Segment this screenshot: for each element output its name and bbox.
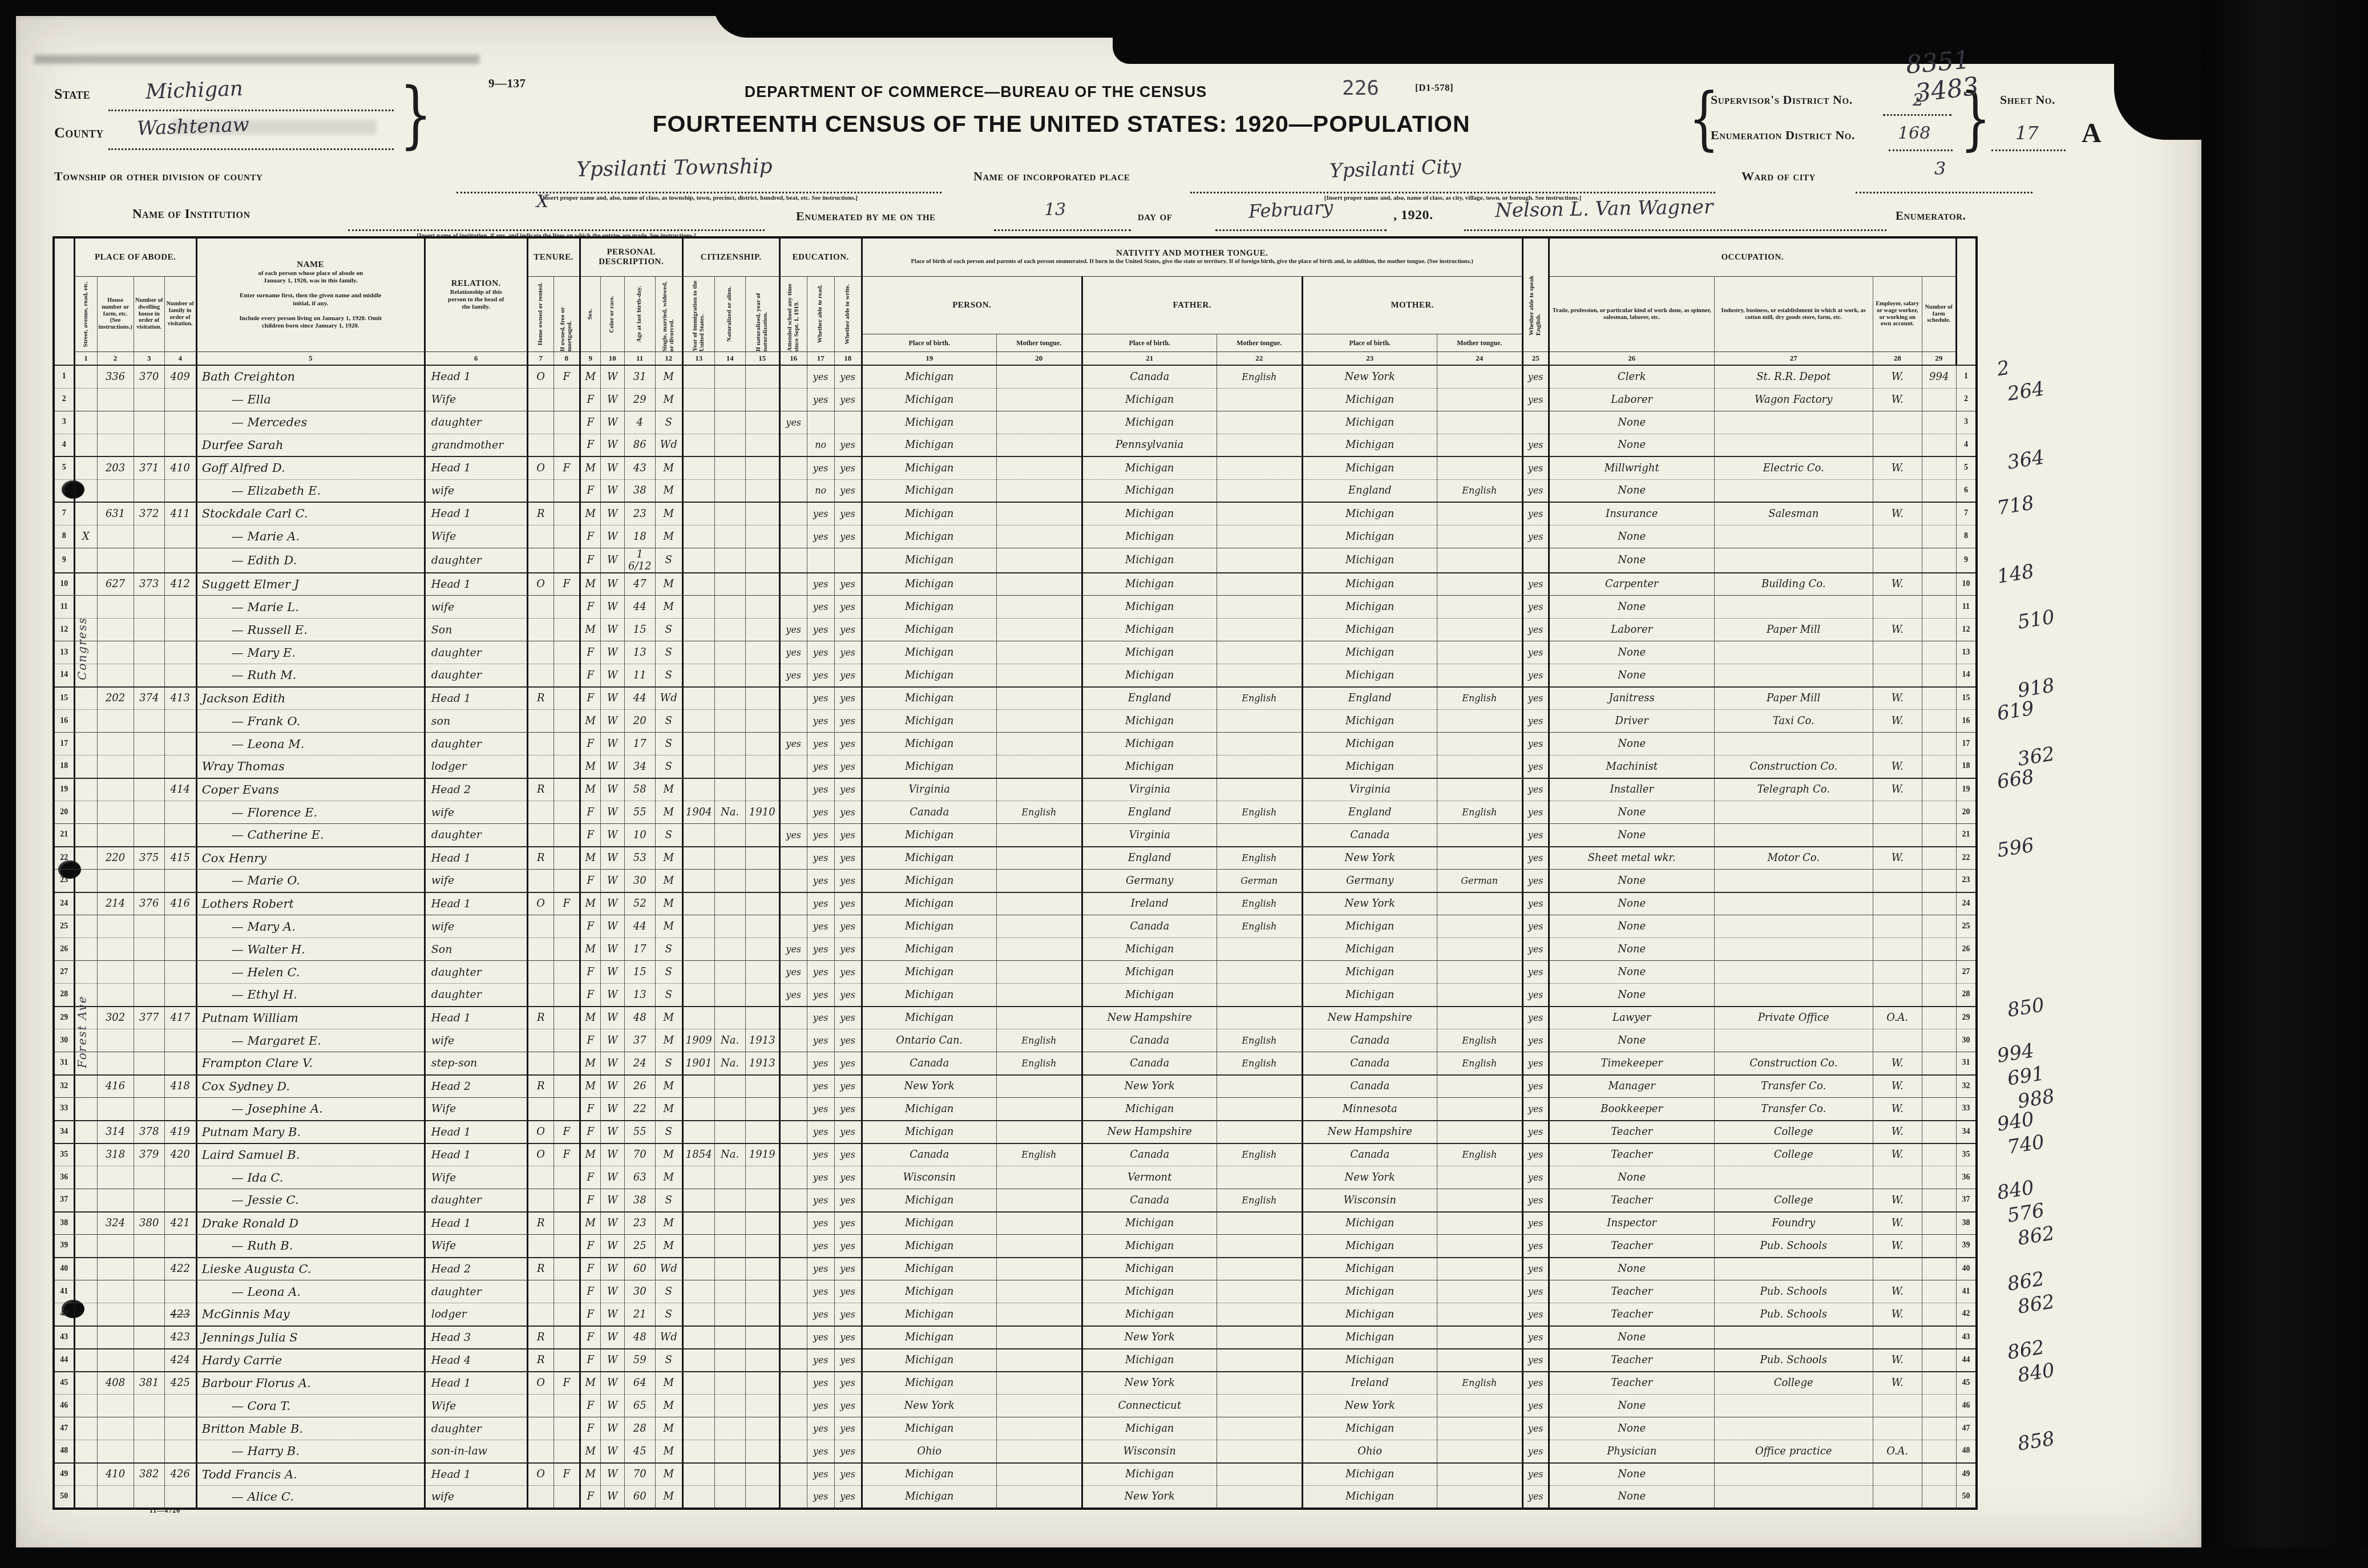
cell-house [97,1052,134,1075]
cell-farm [1922,1326,1956,1349]
cell-industry [1714,733,1873,755]
cell-race: W [600,1052,624,1075]
month-blank [1215,229,1387,231]
cell-tongue-mother [1437,755,1522,778]
cell-pob-person: Michigan [862,1372,996,1395]
cell-street [74,1189,97,1212]
cell-street [74,1212,97,1235]
col-number-13: 13 [682,352,714,366]
cell-sex: F [580,1486,600,1509]
cell-dwelling [134,548,164,573]
cell-immigration [682,1075,714,1098]
cell-age: 59 [624,1349,655,1372]
cell-employer: W. [1873,502,1922,525]
cell-home: R [527,1349,553,1372]
cell-write: yes [834,502,862,525]
cell-industry [1714,915,1873,938]
cell-farm [1922,479,1956,502]
cell-pob-person: Michigan [862,1417,996,1440]
cell-naturalized [714,596,745,619]
cell-naturalized [714,1121,745,1143]
cell-sex: M [580,847,600,870]
cell-street [74,502,97,525]
cell-pob-mother: Michigan [1302,502,1437,525]
cell-naturalized [714,664,745,687]
cell-tongue-person [996,1075,1082,1098]
cell-tongue-person [996,1326,1082,1349]
cell-industry [1714,984,1873,1007]
line-col-right [1956,237,1977,365]
table-row: 40422Lieske Augusta C.Head 2RFW60Wdyesye… [54,1258,1977,1280]
cell-read: yes [807,778,834,801]
cell-english: yes [1522,1463,1549,1486]
cell-family [164,1235,196,1258]
line-number-right: 47 [1956,1417,1977,1440]
cell-marital: S [655,1349,682,1372]
cell-industry: Construction Co. [1714,755,1873,778]
cell-trade: None [1549,1258,1714,1280]
line-number-left: 11 [54,596,74,619]
cell-dwelling: 376 [134,892,164,915]
cell-marital: M [655,1486,682,1509]
cell-name: — Frank O. [196,710,425,733]
cell-english: yes [1522,434,1549,456]
cell-dwelling [134,525,164,548]
cell-nat_year [745,755,779,778]
cell-marital: M [655,456,682,479]
cell-nat_year [745,1189,779,1212]
cell-pob-father: England [1082,687,1217,710]
cell-nat_year: 1919 [745,1143,779,1166]
cell-family [164,664,196,687]
cell-name: — Ethyl H. [196,984,425,1007]
cell-mortgage [553,984,580,1007]
cell-pob-person: Michigan [862,502,996,525]
cell-race: W [600,1486,624,1509]
cell-sex: F [580,733,600,755]
col-number-21: 21 [1082,352,1217,366]
cell-street [74,1235,97,1258]
cell-marital: M [655,1372,682,1395]
cell-dwelling [134,434,164,456]
cell-pob-father: New York [1082,1486,1217,1509]
cell-age: 64 [624,1372,655,1395]
cell-read: yes [807,801,834,824]
cell-farm [1922,1007,1956,1029]
cell-street [74,411,97,434]
table-row: 4Durfee SarahgrandmotherFW86WdnoyesMichi… [54,434,1977,456]
cell-pob-father: New York [1082,1326,1217,1349]
cell-pob-father: England [1082,847,1217,870]
cell-nat_year [745,687,779,710]
cell-tongue-mother [1437,778,1522,801]
cell-street [74,365,97,388]
cell-tongue-father [1217,1166,1302,1189]
cell-read: yes [807,938,834,961]
cell-sex: F [580,479,600,502]
cell-school [779,548,807,573]
col-number-3: 3 [134,352,164,366]
cell-dwelling: 375 [134,847,164,870]
cell-write: yes [834,619,862,641]
cell-industry [1714,1258,1873,1280]
cell-sex: M [580,1007,600,1029]
cell-immigration [682,1463,714,1486]
cell-tongue-person: English [996,1052,1082,1075]
cell-industry [1714,1326,1873,1349]
cell-house [97,1189,134,1212]
cell-tongue-person [996,1166,1082,1189]
cell-school [779,915,807,938]
cell-tongue-person: English [996,801,1082,824]
cell-pob-father: Ireland [1082,892,1217,915]
cell-school [779,1189,807,1212]
cell-tongue-father [1217,1212,1302,1235]
cell-tongue-person [996,411,1082,434]
cell-dwelling [134,1349,164,1372]
cell-age: 60 [624,1258,655,1280]
cell-pob-mother: New York [1302,847,1437,870]
line-number-right: 14 [1956,664,1977,687]
cell-industry [1714,824,1873,847]
cell-pob-mother: Michigan [1302,961,1437,984]
group-place-of-abode: PLACE OF ABODE. [74,237,196,277]
cell-mortgage [553,1235,580,1258]
cell-read: yes [807,1098,834,1121]
cell-race: W [600,687,624,710]
cell-pob-person: Virginia [862,778,996,801]
cell-tongue-father [1217,1303,1302,1326]
line-number-right: 35 [1956,1143,1977,1166]
cell-tongue-mother [1437,1235,1522,1258]
cell-tongue-mother [1437,664,1522,687]
cell-pob-person: Michigan [862,1189,996,1212]
cell-tongue-mother [1437,1326,1522,1349]
cell-family [164,710,196,733]
cell-relation: Wife [425,1235,527,1258]
cell-english: yes [1522,961,1549,984]
cell-industry [1714,1417,1873,1440]
table-row: 15202374413Jackson EdithHead 1RFW44Wdyes… [54,687,1977,710]
cell-industry [1714,938,1873,961]
cell-house [97,411,134,434]
cell-dwelling [134,1280,164,1303]
cell-dwelling: 372 [134,502,164,525]
cell-tongue-mother [1437,984,1522,1007]
cell-dwelling [134,870,164,892]
cell-pob-person: Michigan [862,1280,996,1303]
cell-naturalized: Na. [714,1052,745,1075]
cell-tongue-person [996,479,1082,502]
state-value: Michigan [145,77,243,104]
cell-pob-mother: Canada [1302,1143,1437,1166]
cell-race: W [600,984,624,1007]
cell-family [164,1098,196,1121]
cell-mortgage [553,755,580,778]
cell-pob-father: Wisconsin [1082,1440,1217,1463]
cell-race: W [600,596,624,619]
line-number-left: 46 [54,1395,74,1417]
cell-write: yes [834,1303,862,1326]
cell-pob-mother: Michigan [1302,456,1437,479]
cell-school [779,1258,807,1280]
cell-home [527,619,553,641]
cell-family [164,1440,196,1463]
line-number-left: 23 [54,870,74,892]
census-scan-page: { "header": { "form_no": "9—137", "dept"… [0,0,2368,1568]
cell-age: 20 [624,710,655,733]
line-number-left: 22 [54,847,74,870]
cell-sex: F [580,961,600,984]
cell-name: — Elizabeth E. [196,479,425,502]
line-number-left: 1 [54,365,74,388]
cell-english: yes [1522,1440,1549,1463]
cell-pob-father: Michigan [1082,1212,1217,1235]
cell-farm [1922,641,1956,664]
cell-industry [1714,548,1873,573]
cell-name: Barbour Florus A. [196,1372,425,1395]
cell-home: O [527,1463,553,1486]
cell-school [779,1007,807,1029]
cell-relation: wife [425,1029,527,1052]
scan-band-right [2201,0,2368,1568]
cell-pob-father: Canada [1082,1052,1217,1075]
cell-relation: Wife [425,1098,527,1121]
cell-street [74,733,97,755]
cell-mortgage [553,687,580,710]
cell-name: Hardy Carrie [196,1349,425,1372]
line-number-right: 5 [1956,456,1977,479]
cell-family: 422 [164,1258,196,1280]
cell-relation: daughter [425,824,527,847]
plate-number: [D1-578] [1415,82,1453,94]
cell-trade: Inspector [1549,1212,1714,1235]
col-number-29: 29 [1922,352,1956,366]
cell-age: 60 [624,1486,655,1509]
cell-house [97,938,134,961]
line-number-right: 22 [1956,847,1977,870]
cell-employer [1873,596,1922,619]
cell-house [97,824,134,847]
cell-school [779,479,807,502]
cell-sex: M [580,710,600,733]
cell-farm [1922,870,1956,892]
cell-industry [1714,641,1873,664]
cell-nat_year: 1913 [745,1052,779,1075]
line-number-right: 44 [1956,1349,1977,1372]
cell-read [807,411,834,434]
line-number-left: 35 [54,1143,74,1166]
table-row: 33— Josephine A.WifeFW22MyesyesMichiganM… [54,1098,1977,1121]
cell-nat_year [745,1326,779,1349]
cell-age: 11 [624,664,655,687]
cell-read: yes [807,1143,834,1166]
cell-pob-mother: Michigan [1302,641,1437,664]
cell-tongue-person [996,456,1082,479]
cell-pob-father: Canada [1082,1143,1217,1166]
cell-tongue-father [1217,938,1302,961]
cell-sex: M [580,1212,600,1235]
cell-tongue-father: English [1217,687,1302,710]
cell-employer [1873,1417,1922,1440]
cell-nat_year [745,1463,779,1486]
cell-immigration [682,664,714,687]
line-number-left: 44 [54,1349,74,1372]
cell-trade: Janitress [1549,687,1714,710]
cell-family [164,619,196,641]
cell-sex: M [580,456,600,479]
cell-farm [1922,1075,1956,1098]
cell-pob-person: Michigan [862,847,996,870]
cell-write: yes [834,1121,862,1143]
cell-pob-person: Canada [862,1052,996,1075]
cell-relation: daughter [425,1417,527,1440]
cell-pob-person: Michigan [862,664,996,687]
cell-write: yes [834,961,862,984]
cell-english: yes [1522,938,1549,961]
cell-write: yes [834,1166,862,1189]
cell-tongue-person [996,984,1082,1007]
cell-pob-person: Michigan [862,525,996,548]
group-name: NAME of each person whose place of abode… [196,237,425,352]
line-number-right: 26 [1956,938,1977,961]
cell-immigration: 1904 [682,801,714,824]
cell-relation: Wife [425,1395,527,1417]
cell-write [834,548,862,573]
cell-school: yes [779,984,807,1007]
cell-home: R [527,502,553,525]
cell-pob-person: Michigan [862,961,996,984]
cell-age: 45 [624,1440,655,1463]
line-number-left: 41 [54,1280,74,1303]
cell-family: 412 [164,573,196,596]
cell-farm [1922,596,1956,619]
cell-street [74,1075,97,1098]
cell-read: yes [807,733,834,755]
cell-dwelling [134,1029,164,1052]
cell-tongue-father: English [1217,801,1302,824]
cell-pob-father: Michigan [1082,456,1217,479]
col-number-7: 7 [527,352,553,366]
cell-mortgage [553,1440,580,1463]
cell-dwelling [134,1075,164,1098]
cell-trade: Teacher [1549,1189,1714,1212]
cell-home [527,1280,553,1303]
cell-pob-person: Ohio [862,1440,996,1463]
cell-school: yes [779,961,807,984]
cell-tongue-person [996,1417,1082,1440]
cell-pob-person: Michigan [862,456,996,479]
cell-family [164,870,196,892]
sheet-label: Sheet No. [2000,92,2055,107]
cell-immigration [682,388,714,411]
cell-english: yes [1522,1143,1549,1166]
cell-school: yes [779,619,807,641]
cell-write: yes [834,1052,862,1075]
line-number-left: 4 [54,434,74,456]
cell-age: 29 [624,388,655,411]
cell-pob-person: Ontario Can. [862,1029,996,1052]
line-number-left: 12 [54,619,74,641]
cell-house [97,525,134,548]
cell-industry: St. R.R. Depot [1714,365,1873,388]
cell-marital: S [655,1121,682,1143]
cell-marital: S [655,733,682,755]
cell-naturalized [714,733,745,755]
line-number-left: 49 [54,1463,74,1486]
cell-tongue-person [996,388,1082,411]
cell-race: W [600,664,624,687]
cell-employer [1873,961,1922,984]
line-number-right: 50 [1956,1486,1977,1509]
cell-age: 44 [624,596,655,619]
cell-tongue-mother [1437,1212,1522,1235]
cell-family: 425 [164,1372,196,1395]
cell-sex: F [580,664,600,687]
cell-mortgage [553,548,580,573]
cell-employer [1873,801,1922,824]
group-personal-description: PERSONAL DESCRIPTION. [580,237,682,277]
cell-write [834,411,862,434]
cell-dwelling [134,1052,164,1075]
cell-sex: F [580,1258,600,1280]
cell-naturalized [714,456,745,479]
cell-house [97,1395,134,1417]
cell-home: R [527,1326,553,1349]
cell-mortgage [553,1395,580,1417]
line-number-left: 30 [54,1029,74,1052]
cell-tongue-father [1217,984,1302,1007]
line-number-right: 7 [1956,502,1977,525]
stamp-226: 226 [1342,76,1379,100]
cell-write: yes [834,1463,862,1486]
cell-farm [1922,525,1956,548]
cell-farm [1922,915,1956,938]
cell-tongue-mother [1437,847,1522,870]
cell-naturalized [714,1007,745,1029]
cell-house [97,641,134,664]
cell-sex: F [580,1166,600,1189]
cell-write: yes [834,1098,862,1121]
line-number-right: 46 [1956,1395,1977,1417]
cell-immigration [682,548,714,573]
cell-pob-person: Michigan [862,1098,996,1121]
cell-read: no [807,479,834,502]
cell-pob-mother: Michigan [1302,1486,1437,1509]
cell-english: yes [1522,1166,1549,1189]
cell-dwelling: 381 [134,1372,164,1395]
cell-dwelling [134,1303,164,1326]
cell-naturalized [714,1440,745,1463]
col-header-english: Whether able to speak English. [1522,237,1549,352]
cell-tongue-person [996,1235,1082,1258]
cell-naturalized [714,1463,745,1486]
cell-tongue-person [996,1372,1082,1395]
cell-farm [1922,1395,1956,1417]
cell-pob-mother: Michigan [1302,1258,1437,1280]
line-number-right: 8 [1956,525,1977,548]
cell-tongue-father [1217,1463,1302,1486]
cell-house [97,596,134,619]
cell-dwelling [134,1417,164,1440]
cell-trade: None [1549,1417,1714,1440]
cell-street [74,1258,97,1280]
state-county-brace: } [399,72,432,157]
col-number-25: 25 [1522,352,1549,366]
cell-pob-father: Michigan [1082,1098,1217,1121]
cell-nat_year [745,915,779,938]
cell-house [97,1417,134,1440]
